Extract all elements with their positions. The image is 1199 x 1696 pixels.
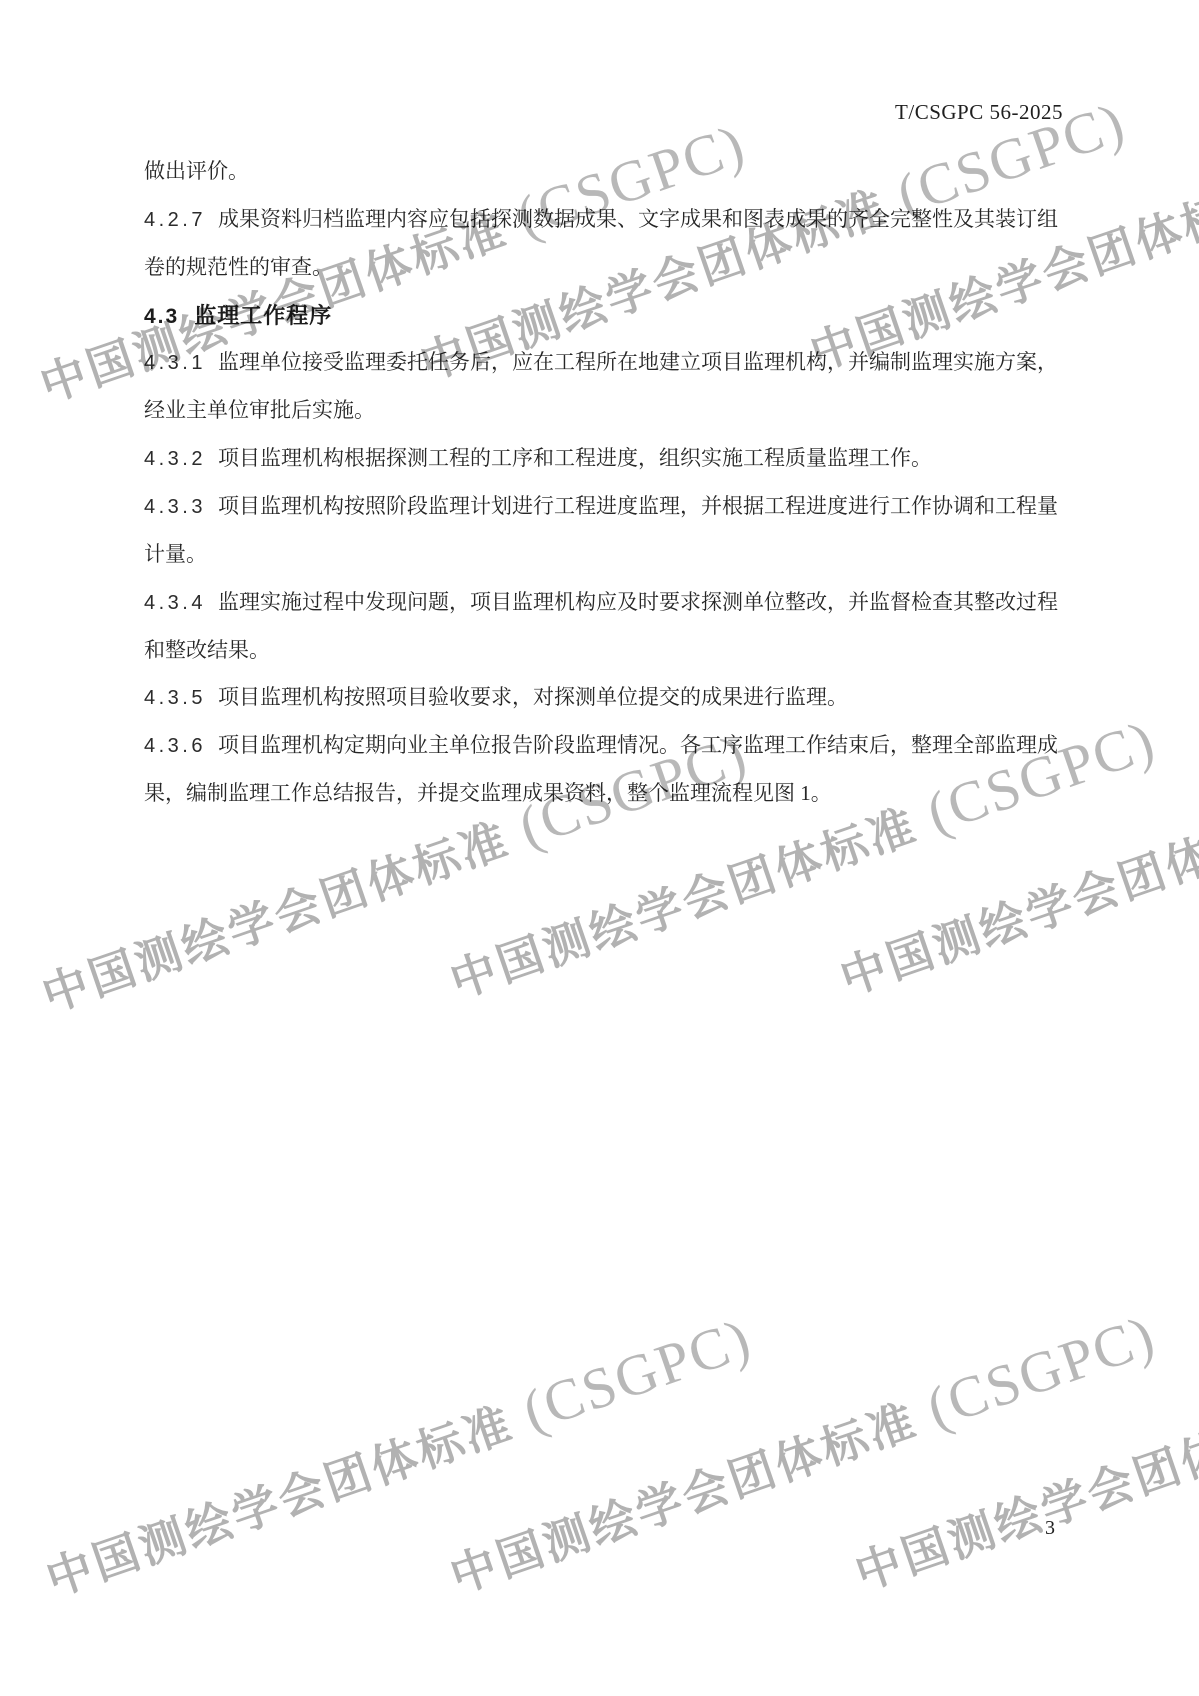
clause-text: 和整改结果。 bbox=[144, 638, 270, 662]
clause-number: 4.3.2 bbox=[144, 446, 206, 473]
clause-text: 项目监理机构根据探测工程的工序和工程进度，组织实施工程质量监理工作。 bbox=[218, 446, 932, 470]
clause-text: 项目监理机构按照阶段监理计划进行工程进度监理，并根据工程进度进行工作协调和工程量 bbox=[218, 494, 1058, 518]
body-text-line: 4.3.3项目监理机构按照阶段监理计划进行工程进度监理，并根据工程进度进行工作协… bbox=[144, 493, 1058, 521]
clause-number: 4.3.3 bbox=[144, 494, 206, 521]
body-text-line: 4.3.1监理单位接受监理委托任务后，应在工程所在地建立项目监理机构，并编制监理… bbox=[144, 349, 1058, 377]
body-text-line: 果，编制监理工作总结报告，并提交监理成果资料，整个监理流程见图 1。 bbox=[144, 780, 832, 807]
body-text-line: 4.3.5项目监理机构按照项目验收要求，对探测单位提交的成果进行监理。 bbox=[144, 684, 848, 712]
clause-number: 4.3.6 bbox=[144, 733, 206, 760]
clause-text: 监理实施过程中发现问题，项目监理机构应及时要求探测单位整改，并监督检查其整改过程 bbox=[218, 590, 1058, 614]
body-text-line: 和整改结果。 bbox=[144, 637, 270, 664]
clause-text: 计量。 bbox=[144, 542, 207, 566]
document-page: T/CSGPC 56-2025 做出评价。4.2.7成果资料归档监理内容应包括探… bbox=[0, 0, 1199, 1696]
body-text-line: 计量。 bbox=[144, 541, 207, 568]
page-number: 3 bbox=[1045, 1517, 1055, 1540]
body-text-line: 卷的规范性的审查。 bbox=[144, 254, 333, 281]
clause-text: 监理单位接受监理委托任务后，应在工程所在地建立项目监理机构，并编制监理实施方案， bbox=[218, 350, 1058, 374]
body-text-line: 4.3.4监理实施过程中发现问题，项目监理机构应及时要求探测单位整改，并监督检查… bbox=[144, 589, 1058, 617]
clause-text: 做出评价。 bbox=[144, 159, 249, 183]
clause-number: 4.3 bbox=[144, 303, 179, 330]
clause-text: 果，编制监理工作总结报告，并提交监理成果资料，整个监理流程见图 1。 bbox=[144, 781, 832, 805]
clause-number: 4.3.1 bbox=[144, 350, 206, 377]
body-text-line: 经业主单位审批后实施。 bbox=[144, 397, 375, 424]
document-text-layer: 做出评价。4.2.7成果资料归档监理内容应包括探测数据成果、文字成果和图表成果的… bbox=[0, 0, 1199, 1696]
clause-text: 经业主单位审批后实施。 bbox=[144, 398, 375, 422]
clause-text: 项目监理机构定期向业主单位报告阶段监理情况。各工序监理工作结束后，整理全部监理成 bbox=[218, 733, 1058, 757]
body-text-line: 4.2.7成果资料归档监理内容应包括探测数据成果、文字成果和图表成果的齐全完整性… bbox=[144, 206, 1058, 234]
clause-number: 4.3.4 bbox=[144, 590, 206, 617]
clause-text: 项目监理机构按照项目验收要求，对探测单位提交的成果进行监理。 bbox=[218, 685, 848, 709]
clause-number: 4.2.7 bbox=[144, 207, 206, 234]
clause-number: 4.3.5 bbox=[144, 685, 206, 712]
section-heading-text: 监理工作程序 bbox=[194, 303, 332, 328]
clause-text: 成果资料归档监理内容应包括探测数据成果、文字成果和图表成果的齐全完整性及其装订组 bbox=[218, 207, 1058, 231]
body-text-line: 4.3.2项目监理机构根据探测工程的工序和工程进度，组织实施工程质量监理工作。 bbox=[144, 445, 932, 473]
clause-text: 卷的规范性的审查。 bbox=[144, 255, 333, 279]
body-text-line: 4.3.6项目监理机构定期向业主单位报告阶段监理情况。各工序监理工作结束后，整理… bbox=[144, 732, 1058, 760]
section-heading: 4.3监理工作程序 bbox=[144, 302, 332, 330]
body-text-line: 做出评价。 bbox=[144, 158, 249, 185]
